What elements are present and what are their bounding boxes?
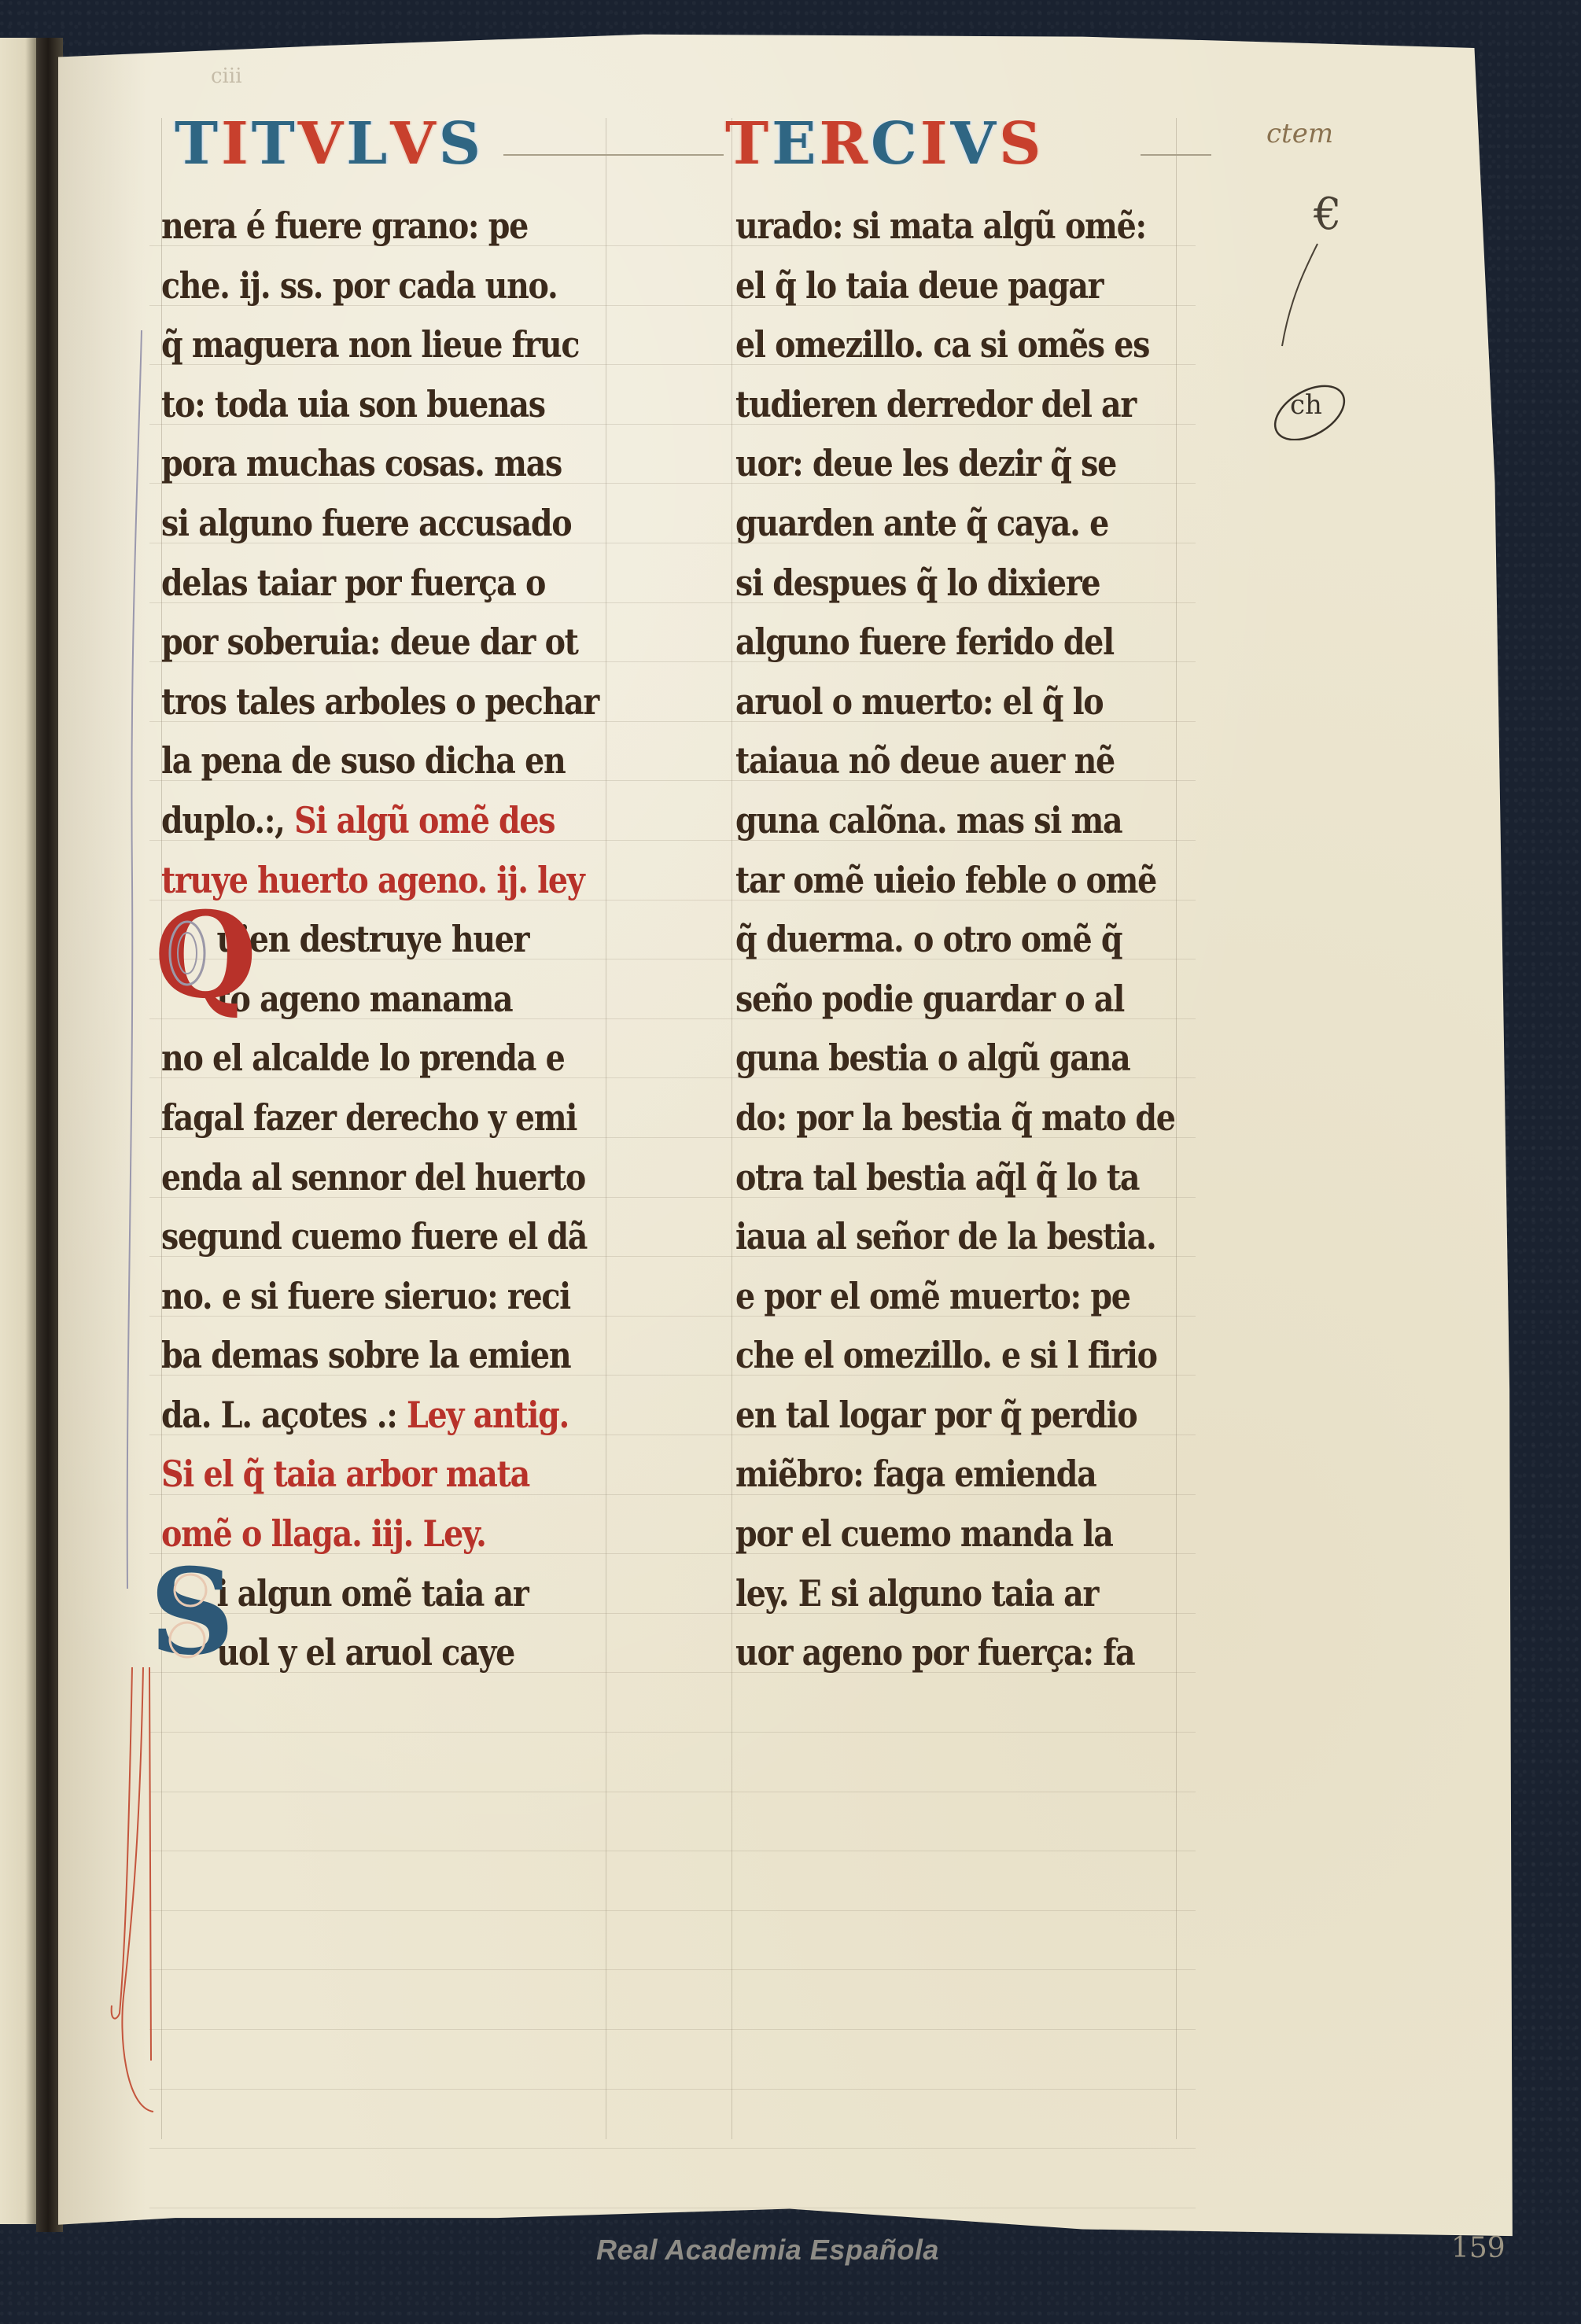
ruling-line (732, 118, 732, 2139)
body-text: el q̃ lo taia deue pagar (735, 264, 1103, 307)
text-line: seño podie guardar o al (735, 970, 1155, 1029)
body-text: taiaua nõ deue auer nẽ (735, 739, 1115, 782)
heading-letter: C (871, 110, 920, 178)
body-text: otra tal bestia aq̃l q̃ lo ta (735, 1156, 1139, 1199)
text-line: guna calõna. mas si ma (735, 791, 1155, 851)
body-text: por el cuemo manda la (735, 1512, 1113, 1555)
body-text: i algun omẽ taia ar (217, 1572, 529, 1615)
body-text: to: toda uia son buenas (161, 383, 545, 425)
body-text: no. e si fuere sieruo: reci (161, 1275, 570, 1317)
body-text: la pena de suso dicha en (161, 739, 565, 782)
body-text: aruol o muerto: el q̃ lo (735, 680, 1103, 723)
text-line: ley. E si alguno taia ar (735, 1564, 1155, 1624)
marginal-circled-note: ch (1290, 389, 1322, 421)
heading-rule (503, 154, 724, 156)
text-line: delas taiar por fuerça o (161, 554, 580, 613)
heading-letter: I (920, 110, 951, 178)
text-line: da. L. açotes .: Ley antig. (161, 1386, 580, 1446)
body-text: seño podie guardar o al (735, 978, 1124, 1020)
body-text: ley. E si alguno taia ar (735, 1572, 1098, 1615)
folio-number: 159 (1451, 2232, 1505, 2264)
text-line: el q̃ lo taia deue pagar (735, 256, 1155, 316)
body-text: nera é fuere grano: pe (161, 204, 528, 247)
marginal-note-top-left: ciii (211, 64, 242, 88)
body-text: fagal fazer derecho y emi (161, 1096, 577, 1139)
body-text: guarden ante q̃ caya. e (735, 502, 1108, 544)
body-text: tar omẽ uieio feble o omẽ (735, 859, 1156, 901)
text-line: duplo.:, Si algũ omẽ des (161, 791, 580, 851)
body-text: uien destruye huer (217, 918, 529, 960)
heading-letter: T (725, 110, 772, 178)
heading-letter: V (298, 110, 346, 178)
text-line: no. e si fuere sieruo: reci (161, 1267, 580, 1327)
text-line: do: por la bestia q̃ mato de (735, 1088, 1155, 1148)
heading-letter: I (221, 110, 252, 178)
body-text: che. ij. ss. por cada uno. (161, 264, 557, 307)
text-line: pora muchas cosas. mas (161, 434, 580, 494)
text-line: no el alcalde lo prenda e (161, 1029, 580, 1088)
body-text: urado: si mata algũ omẽ: (735, 204, 1146, 247)
body-text: enda al sennor del huerto (161, 1156, 585, 1199)
heading-letter: T (252, 110, 298, 178)
body-text: uol y el aruol caye (217, 1631, 514, 1674)
text-line: q̃ duerma. o otro omẽ q̃ (735, 910, 1155, 970)
body-text: delas taiar por fuerça o (161, 562, 545, 604)
text-line: to: toda uia son buenas (161, 375, 580, 435)
body-text: do: por la bestia q̃ mato de (735, 1096, 1175, 1139)
body-text: pora muchas cosas. mas (161, 442, 562, 484)
body-text: che el omezillo. e si l firio (735, 1334, 1157, 1376)
text-line: tar omẽ uieio feble o omẽ (735, 851, 1155, 911)
text-line: en tal logar por q̃ perdio (735, 1386, 1155, 1446)
text-line: por el cuemo manda la (735, 1505, 1155, 1564)
heading-letter: S (439, 110, 484, 178)
body-text: q̃ maguera non lieue fruc (161, 323, 579, 366)
text-line: guarden ante q̃ caya. e (735, 494, 1155, 554)
ruling-line (149, 1792, 1196, 1792)
text-line: uor ageno por fuerça: fa (735, 1623, 1155, 1683)
ruling-line (149, 1851, 1196, 1851)
text-line: tros tales arboles o pechar (161, 672, 580, 732)
marginal-note-top-right: ctem (1266, 118, 1333, 149)
body-text: duplo.:, (161, 799, 294, 842)
watermark: Real Academia Española (596, 2234, 939, 2267)
text-line: enda al sennor del huerto (161, 1148, 580, 1208)
text-line: segund cuemo fuere el dã (161, 1207, 580, 1267)
text-line: q̃ maguera non lieue fruc (161, 315, 580, 375)
text-line: uor: deue les dezir q̃ se (735, 434, 1155, 494)
rubric-text: Ley antig. (407, 1394, 569, 1436)
rubric-text: Si algũ omẽ des (294, 799, 555, 842)
body-text: uor: deue les dezir q̃ se (735, 442, 1116, 484)
text-line: si alguno fuere accusado (161, 494, 580, 554)
body-text: si despues q̃ lo dixiere (735, 562, 1100, 604)
text-line: fagal fazer derecho y emi (161, 1088, 580, 1148)
body-text: uor ageno por fuerça: fa (735, 1631, 1134, 1674)
text-line: Si el q̃ taia arbor mata (161, 1445, 580, 1505)
penwork-flourish-icon (94, 330, 181, 2171)
heading-letter: L (346, 110, 390, 178)
body-text: el omezillo. ca si omẽs es (735, 323, 1149, 366)
text-line: miẽbro: faga emienda (735, 1445, 1155, 1505)
text-line: aruol o muerto: el q̃ lo (735, 672, 1155, 732)
text-line: taiaua nõ deue auer nẽ (735, 731, 1155, 791)
body-text: iaua al señor de la bestia. (735, 1215, 1155, 1258)
text-line: e por el omẽ muerto: pe (735, 1267, 1155, 1327)
text-line: guna bestia o algũ gana (735, 1029, 1155, 1088)
running-title-right: TERCIVS (725, 110, 1044, 189)
ruling-line (149, 1910, 1196, 1911)
text-line: si despues q̃ lo dixiere (735, 554, 1155, 613)
body-text: guna calõna. mas si ma (735, 799, 1122, 842)
marginal-mark: € (1314, 189, 1342, 240)
body-text: tudieren derredor del ar (735, 383, 1136, 425)
body-text: to ageno manama (217, 978, 513, 1020)
body-text: da. L. açotes .: (161, 1394, 407, 1436)
body-text: ba demas sobre la emien (161, 1334, 570, 1376)
heading-letter: S (999, 110, 1044, 178)
heading-letter: E (772, 110, 819, 178)
text-line: che. ij. ss. por cada uno. (161, 256, 580, 316)
text-line: otra tal bestia aq̃l q̃ lo ta (735, 1148, 1155, 1208)
body-text: guna bestia o algũ gana (735, 1037, 1130, 1079)
body-text: si alguno fuere accusado (161, 502, 571, 544)
heading-rule (1141, 154, 1211, 156)
text-line: la pena de suso dicha en (161, 731, 580, 791)
heading-letter: V (390, 110, 438, 178)
body-text: alguno fuere ferido del (735, 621, 1114, 663)
body-text: q̃ duerma. o otro omẽ q̃ (735, 918, 1122, 960)
ruling-line (149, 2089, 1196, 2090)
text-line: urado: si mata algũ omẽ: (735, 197, 1155, 256)
text-line: tudieren derredor del ar (735, 375, 1155, 435)
body-text: segund cuemo fuere el dã (161, 1215, 587, 1258)
body-text: tros tales arboles o pechar (161, 680, 599, 723)
text-line: nera é fuere grano: pe (161, 197, 580, 256)
running-title-left: TITVLVS (175, 110, 484, 189)
body-text: no el alcalde lo prenda e (161, 1037, 565, 1079)
ruling-line (149, 2208, 1196, 2208)
text-line: che el omezillo. e si l firio (735, 1326, 1155, 1386)
text-line: iaua al señor de la bestia. (735, 1207, 1155, 1267)
text-line: ba demas sobre la emien (161, 1326, 580, 1386)
heading-letter: R (819, 110, 871, 178)
ruling-line (149, 2029, 1196, 2030)
body-text: miẽbro: faga emienda (735, 1453, 1096, 1495)
ruling-line (149, 1732, 1196, 1733)
body-text: por soberuia: deue dar ot (161, 621, 578, 663)
ruling-line (149, 1969, 1196, 1970)
ruling-line (149, 2148, 1196, 2149)
rubric-text: Si el q̃ taia arbor mata (161, 1453, 529, 1495)
text-column-right: urado: si mata algũ omẽ:el q̃ lo taia de… (735, 197, 1223, 1683)
text-line: el omezillo. ca si omẽs es (735, 315, 1155, 375)
text-line: por soberuia: deue dar ot (161, 613, 580, 672)
text-line: alguno fuere ferido del (735, 613, 1155, 672)
body-text: e por el omẽ muerto: pe (735, 1275, 1130, 1317)
previous-page-edge (0, 38, 36, 2224)
body-text: en tal logar por q̃ perdio (735, 1394, 1137, 1436)
heading-letter: V (951, 110, 999, 178)
heading-letter: T (175, 110, 221, 178)
